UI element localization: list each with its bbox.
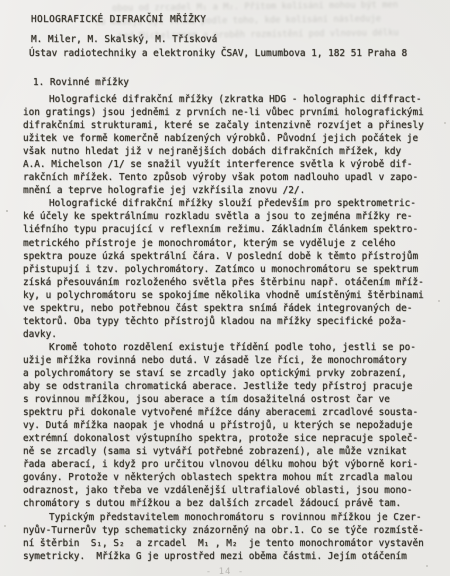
body-line: ně se zrcadly (sama si vytváří potřebné … bbox=[23, 445, 443, 458]
body-line: užitek ve formě komerčně nabízených výro… bbox=[23, 132, 443, 145]
body-line: ky, u polychromátoru se spokojíme několi… bbox=[23, 289, 443, 302]
body-line: Holografické difrakční mřížky (zkratka H… bbox=[23, 93, 443, 106]
body-line: řada aberací, i když pro určitou vlnovou… bbox=[23, 458, 443, 471]
body-line: liéfního typu pracující v reflexním reži… bbox=[23, 223, 443, 236]
body-line: A.A. Michelson /1/ se snažil využít inte… bbox=[23, 158, 443, 171]
body-line: vy. Dutá mřížka naopak je vhodná u příst… bbox=[23, 419, 443, 432]
body-line: však nutno hledat již v nejranějších dob… bbox=[23, 145, 443, 158]
body-line: metrického přístroje je monochromátor, k… bbox=[23, 237, 443, 250]
body-line: přistupují i tzv. polychromátory. Zatímc… bbox=[23, 263, 443, 276]
body-line: ní štěrbin S₁, S₂ a zrcadel M₁ , M₂ je t… bbox=[23, 537, 443, 550]
body-line: rakčních mřížek. Tento způsob výroby vša… bbox=[23, 171, 443, 184]
scanned-page: obou od zrcadel M₁ a M₂. Přitom kolísání… bbox=[0, 0, 450, 576]
body-line: tektorů. Oba typy těchto přístrojů klado… bbox=[23, 315, 443, 328]
body-line: mnění a teprve holografie jej vzkřísila … bbox=[23, 184, 443, 197]
body-line: Typickým představitelem monochromátoru s… bbox=[23, 511, 443, 524]
body-line: Kromě tohoto rozdělení existuje třídění … bbox=[23, 341, 443, 354]
body-line: nyův-Turnerův typ schematicky znázorněný… bbox=[23, 524, 443, 537]
body-text: Holografické difrakční mřížky (zkratka H… bbox=[23, 93, 443, 563]
body-line: odraznost, jako třeba ve vzdálenější ult… bbox=[23, 484, 443, 497]
page-number: - 14 - bbox=[206, 567, 245, 576]
body-line: govány. Protože v některých oblastech sp… bbox=[23, 471, 443, 484]
scan-specks bbox=[6, 210, 8, 212]
affiliation: Ústav radiotechniky a elektroniky ČSAV, … bbox=[29, 48, 407, 59]
body-line: ké účely ke spektrálnímu rozkladu světla… bbox=[23, 210, 443, 223]
body-line: davky. bbox=[23, 328, 443, 341]
body-line: symetricky. Mřížka G je uprostřed mezi o… bbox=[23, 550, 443, 563]
body-line: a polychromátory se staví se zrcadly jak… bbox=[23, 367, 443, 380]
body-line: s rovinnou mřížkou, jsou aberace a tím d… bbox=[23, 393, 443, 406]
body-line: ve spektru, nebo potřebnou část spektra … bbox=[23, 302, 443, 315]
body-line: spektra pouze úzká spektrální čára. V po… bbox=[23, 250, 443, 263]
body-line: chromátory s dutou mřížkou a bez dalších… bbox=[23, 497, 443, 510]
section-heading: 1. Rovinné mřížky bbox=[33, 77, 129, 88]
authors: M. Miler, M. Skalský, M. Třísková bbox=[31, 34, 217, 45]
body-line: získá přesouváním rozloženého světla pře… bbox=[23, 276, 443, 289]
body-line: spektru při dokonale vytvořené mřížce dá… bbox=[23, 406, 443, 419]
ghost-line: obou od zrcadel M₁ a M₂. Přitom kolísání… bbox=[112, 0, 398, 13]
body-line: ion gratings) jsou jedněmi z prvních ne-… bbox=[23, 106, 443, 119]
body-line: Holografické difrakční mřížky slouží pře… bbox=[23, 197, 443, 210]
body-line: aby se odstranila chromatická aberace. J… bbox=[23, 380, 443, 393]
body-line: difrakčními strukturami, které se začaly… bbox=[23, 119, 443, 132]
document-title: HOLOGRAFICKÉ DIFRAKČNÍ MŘÍŽKY bbox=[31, 14, 206, 25]
body-line: užije mřížka rovinná nebo dutá. V zásadě… bbox=[23, 354, 443, 367]
body-line: extrémní dokonalost výstupního spektra, … bbox=[23, 432, 443, 445]
